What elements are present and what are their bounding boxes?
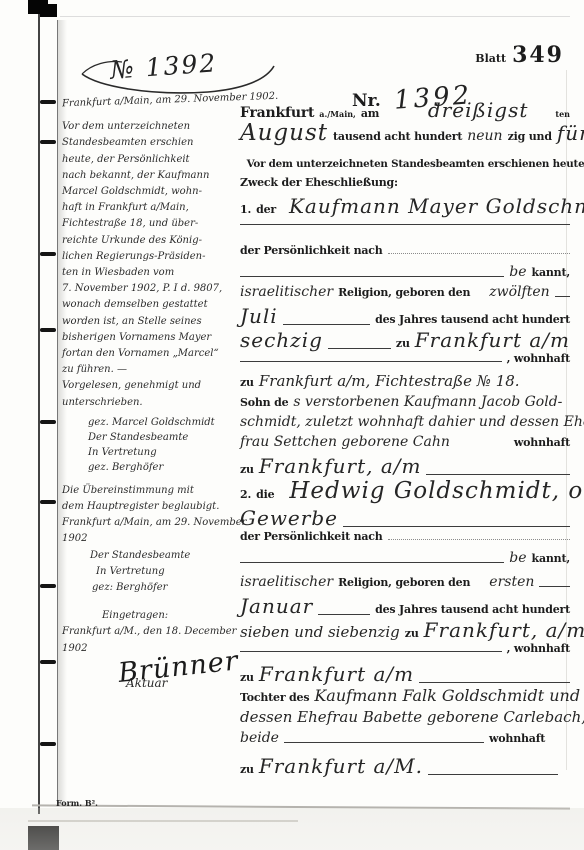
bride-known-handwritten: be: [509, 550, 526, 566]
margin-line: reichte Urkunde des König-: [62, 233, 252, 249]
margin-annotation: Frankfurt a/Main, am 29. November 1902. …: [62, 93, 252, 691]
margin-sig-line: In Vertretung: [88, 445, 252, 460]
bride-wohnhaft-row: , wohnhaft: [240, 642, 570, 655]
bride-known-row: bekannt,: [240, 550, 570, 566]
year-printed-a: tausend acht hundert: [333, 130, 462, 143]
main-form-column: Frankfurt a./Main, am dreißigst ten Augu…: [240, 96, 570, 816]
margin-line: haft in Frankfurt a/Main,: [62, 200, 252, 216]
groom-birth-year-row: sechzig zu Frankfurt a/m: [240, 328, 570, 352]
margin-sig-line: Der Standesbeamte: [88, 430, 252, 445]
bride-religion-handwritten: israelitischer: [240, 574, 333, 590]
groom-birth-day: zwölften: [489, 284, 549, 300]
bride-parent-place: Frankfurt a/M.: [259, 754, 423, 778]
groom-number: 1.: [240, 203, 251, 216]
groom-residence-row: zu Frankfurt a/m, Fichtestraße № 18.: [240, 372, 570, 390]
son-label: Sohn de: [240, 396, 288, 409]
parent-zu-label: zu: [240, 763, 254, 776]
groom-parents-row1: Sohn de s verstorbenen Kaufmann Jacob Go…: [240, 394, 570, 410]
margin-line: worden ist, an Stelle seines: [62, 314, 252, 330]
sheet-number-block: Blatt 349: [475, 42, 564, 68]
year-handwritten-b: fünf,: [557, 121, 584, 145]
identity-label: der Persönlichkeit nach: [240, 530, 383, 543]
margin-line: Marcel Goldschmidt, wohn-: [62, 184, 252, 200]
intro-row2: Zweck der Eheschließung:: [240, 176, 570, 189]
binding-stitch: [40, 140, 56, 144]
year-handwritten-a: neun: [467, 128, 502, 144]
bride-birth-month: Januar: [240, 594, 313, 618]
margin-body: Vor dem unterzeichneten Standesbeamten e…: [62, 119, 252, 411]
rule-line: [284, 742, 484, 743]
bride-parents-place-row: zu Frankfurt a/M.: [240, 754, 570, 778]
binding-stitch: [40, 420, 56, 424]
groom-identity-row: der Persönlichkeit nach: [240, 244, 570, 257]
year-label: des Jahres tausend acht hundert: [375, 313, 570, 326]
bride-parents-row2: dessen Ehefrau Babette geborene Carlebac…: [240, 708, 570, 726]
zu-label: zu: [396, 337, 410, 350]
dotted-leader: [388, 539, 570, 540]
intro-line2: Zweck der Eheschließung:: [240, 176, 398, 189]
zu-label: zu: [405, 627, 419, 640]
groom-parent-line2: schmidt, zuletzt wohnhaft dahier und des…: [240, 414, 584, 430]
groom-wohnhaft-row: , wohnhaft: [240, 352, 570, 365]
binding-edge-line: [38, 14, 40, 814]
rule-line: [318, 614, 370, 615]
form-dateline-row1: Frankfurt a./Main, am dreißigst ten: [240, 98, 570, 122]
bride-number: 2.: [240, 488, 251, 501]
bride-birth-year-row: sieben und siebenzig zu Frankfurt, a/m: [240, 618, 570, 642]
rule-line: [240, 224, 570, 225]
daughter-label: Tochter des: [240, 691, 309, 704]
bride-parent-line2: dessen Ehefrau Babette geborene Carlebac…: [240, 708, 584, 726]
groom-parent-line1: s verstorbenen Kaufmann Jacob Gold-: [293, 394, 562, 410]
groom-name-handwritten: Kaufmann Mayer Goldschmidt: [289, 194, 584, 218]
binding-stitch: [40, 252, 56, 256]
margin-line: bisherigen Vornamens Mayer: [62, 330, 252, 346]
month-handwritten: August: [240, 120, 328, 146]
groom-birth-month: Juli: [240, 304, 278, 328]
bride-birth-month-row: Januar des Jahres tausend acht hundert: [240, 594, 570, 618]
city-small-printed: a./Main,: [319, 109, 356, 119]
bride-birth-day: ersten: [489, 574, 534, 590]
binding-stitch: [40, 742, 56, 746]
binding-stitch: [40, 100, 56, 104]
margin-certification-block: Die Übereinstimmung mit dem Hauptregiste…: [62, 483, 252, 596]
bride-article: die: [256, 488, 274, 501]
margin-sig-line: gez. Marcel Goldschmidt: [88, 415, 252, 430]
margin-line: Vorgelesen, genehmigt und: [62, 378, 252, 394]
rule-line: [328, 348, 391, 349]
groom-parents-row2: schmidt, zuletzt wohnhaft dahier und des…: [240, 414, 570, 430]
margin-cert-line: gez: Berghöfer: [92, 580, 252, 596]
margin-line: fortan den Vornamen „Marcel“: [62, 346, 252, 362]
rule-line: [428, 774, 558, 775]
bride-residence: Frankfurt a/m: [259, 662, 414, 686]
margin-sig-line: gez. Berghöfer: [88, 460, 252, 475]
bride-name-row: 2. die Hedwig Goldschmidt, ohne: [240, 478, 570, 504]
groom-birth-month-row: Juli des Jahres tausend acht hundert: [240, 304, 570, 328]
groom-religion-row: israelitischer Religion, geboren den zwö…: [240, 284, 570, 300]
bride-known-printed: kannt,: [532, 552, 570, 565]
sheet-label: Blatt: [475, 52, 506, 65]
groom-birth-place: Frankfurt a/m: [415, 328, 570, 352]
bride-identity-row: der Persönlichkeit nach: [240, 530, 570, 543]
parent-wohnhaft-label: wohnhaft: [514, 436, 570, 449]
intro-line1: Vor dem unterzeichneten Standesbeamten e…: [247, 158, 584, 170]
wohnhaft-label: , wohnhaft: [507, 642, 570, 655]
day-handwritten: dreißigst: [428, 98, 528, 122]
bride-birth-year: sieben und siebenzig: [240, 623, 400, 641]
am-printed: am: [361, 107, 379, 120]
identity-label: der Persönlichkeit nach: [240, 244, 383, 257]
parent-zu-label: zu: [240, 463, 254, 476]
margin-line: ten in Wiesbaden vom: [62, 265, 252, 281]
margin-signature-block: gez. Marcel Goldschmidt Der Standesbeamt…: [88, 415, 252, 475]
binding-stitch: [40, 500, 56, 504]
groom-parent-place: Frankfurt, a/m: [259, 454, 422, 478]
bride-parents-row3: beide wohnhaft: [240, 730, 570, 746]
rule-line: [555, 296, 570, 297]
groom-birth-year: sechzig: [240, 328, 323, 352]
margin-cert-line: In Vertretung: [96, 564, 252, 580]
bride-parent-line1: Kaufmann Falk Goldschmidt und: [314, 686, 580, 705]
bride-occupation: Gewerbe: [240, 506, 338, 530]
wohnhaft-label: , wohnhaft: [507, 352, 570, 365]
rule-line: [240, 562, 504, 563]
rule-line: [426, 474, 570, 475]
groom-article: der: [256, 203, 276, 216]
groom-name-row: 1. der Kaufmann Mayer Goldschmidt: [240, 194, 570, 218]
binding-stitch: [40, 328, 56, 332]
intro-row1: Vor dem unterzeichneten Standesbeamten e…: [240, 158, 584, 170]
year-label: des Jahres tausend acht hundert: [375, 603, 570, 616]
res-zu-label: zu: [240, 376, 254, 389]
groom-known-handwritten: be: [509, 264, 526, 280]
groom-parent-line3: frau Settchen geborene Cahn: [240, 434, 450, 450]
day-suffix-printed: ten: [555, 109, 570, 119]
rule-line: [240, 361, 502, 362]
rule-line: [240, 651, 502, 652]
scan-mark-top-left-2: [40, 4, 57, 17]
margin-cert-line: Der Standesbeamte: [90, 548, 252, 564]
form-dateline-row2: August tausend acht hundert neun zig und…: [240, 120, 570, 146]
binding-stitch: [40, 660, 56, 664]
groom-residence: Frankfurt a/m, Fichtestraße № 18.: [259, 372, 520, 390]
margin-line: unterschrieben.: [62, 395, 252, 411]
form-number-note: Form. B².: [56, 798, 98, 808]
year-printed-b: zig und: [508, 130, 552, 143]
groom-parents-row3: frau Settchen geborene Cahn wohnhaft: [240, 434, 570, 450]
margin-cert-line: Frankfurt a/Main, am 29. November 1902: [62, 515, 252, 547]
margin-line: lichen Regierungs-Präsiden-: [62, 249, 252, 265]
bride-name-row2: Gewerbe: [240, 506, 570, 530]
bride-religion-row: israelitischer Religion, geboren den ers…: [240, 574, 570, 590]
margin-cert-line: dem Hauptregister beglaubigt.: [62, 499, 252, 515]
margin-line: Fichtestraße 18, und über-: [62, 216, 252, 232]
page-top-edge: [60, 16, 570, 17]
rule-line: [240, 276, 504, 277]
religion-label: Religion, geboren den: [338, 286, 470, 299]
groom-religion-handwritten: israelitischer: [240, 284, 333, 300]
register-page: Blatt 349 № 1392 Nr. 1392 Frankfurt a/Ma…: [0, 0, 584, 850]
entered-label: Eingetragen:: [102, 608, 252, 624]
bride-parents-row1: Tochter des Kaufmann Falk Goldschmidt un…: [240, 686, 570, 705]
margin-line: Standesbeamten erschien: [62, 135, 252, 151]
parent-wohnhaft-label: wohnhaft: [489, 732, 545, 745]
sheet-number: 349: [512, 42, 564, 68]
binding-stitch: [40, 584, 56, 588]
margin-line: wonach demselben gestattet: [62, 297, 252, 313]
groom-known-row: bekannt,: [240, 264, 570, 280]
rule-line: [419, 682, 570, 683]
rule-row: [240, 224, 570, 228]
groom-known-printed: kannt,: [532, 266, 570, 279]
margin-line: nach bekannt, der Kaufmann: [62, 168, 252, 184]
groom-parents-place-row: zu Frankfurt, a/m: [240, 454, 570, 478]
rule-line: [343, 526, 570, 527]
city-printed: Frankfurt: [240, 105, 314, 121]
margin-line: Vor dem unterzeichneten: [62, 119, 252, 135]
res-zu-label: zu: [240, 671, 254, 684]
bride-parent-line3: beide: [240, 730, 279, 746]
bride-residence-row: zu Frankfurt a/m: [240, 662, 570, 686]
margin-dateline: Frankfurt a/Main, am 29. November 1902.: [62, 90, 252, 113]
dotted-leader: [388, 253, 570, 254]
margin-line: 7. November 1902, P. I d. 9807,: [62, 281, 252, 297]
religion-label: Religion, geboren den: [338, 576, 470, 589]
rule-line: [539, 586, 570, 587]
bride-name-handwritten: Hedwig Goldschmidt, ohne: [289, 478, 584, 504]
margin-line: zu führen. —: [62, 362, 252, 378]
rule-line: [283, 324, 370, 325]
margin-line: heute, der Persönlichkeit: [62, 152, 252, 168]
margin-cert-line: Die Übereinstimmung mit: [62, 483, 252, 499]
bride-birth-place: Frankfurt, a/m: [424, 618, 584, 642]
